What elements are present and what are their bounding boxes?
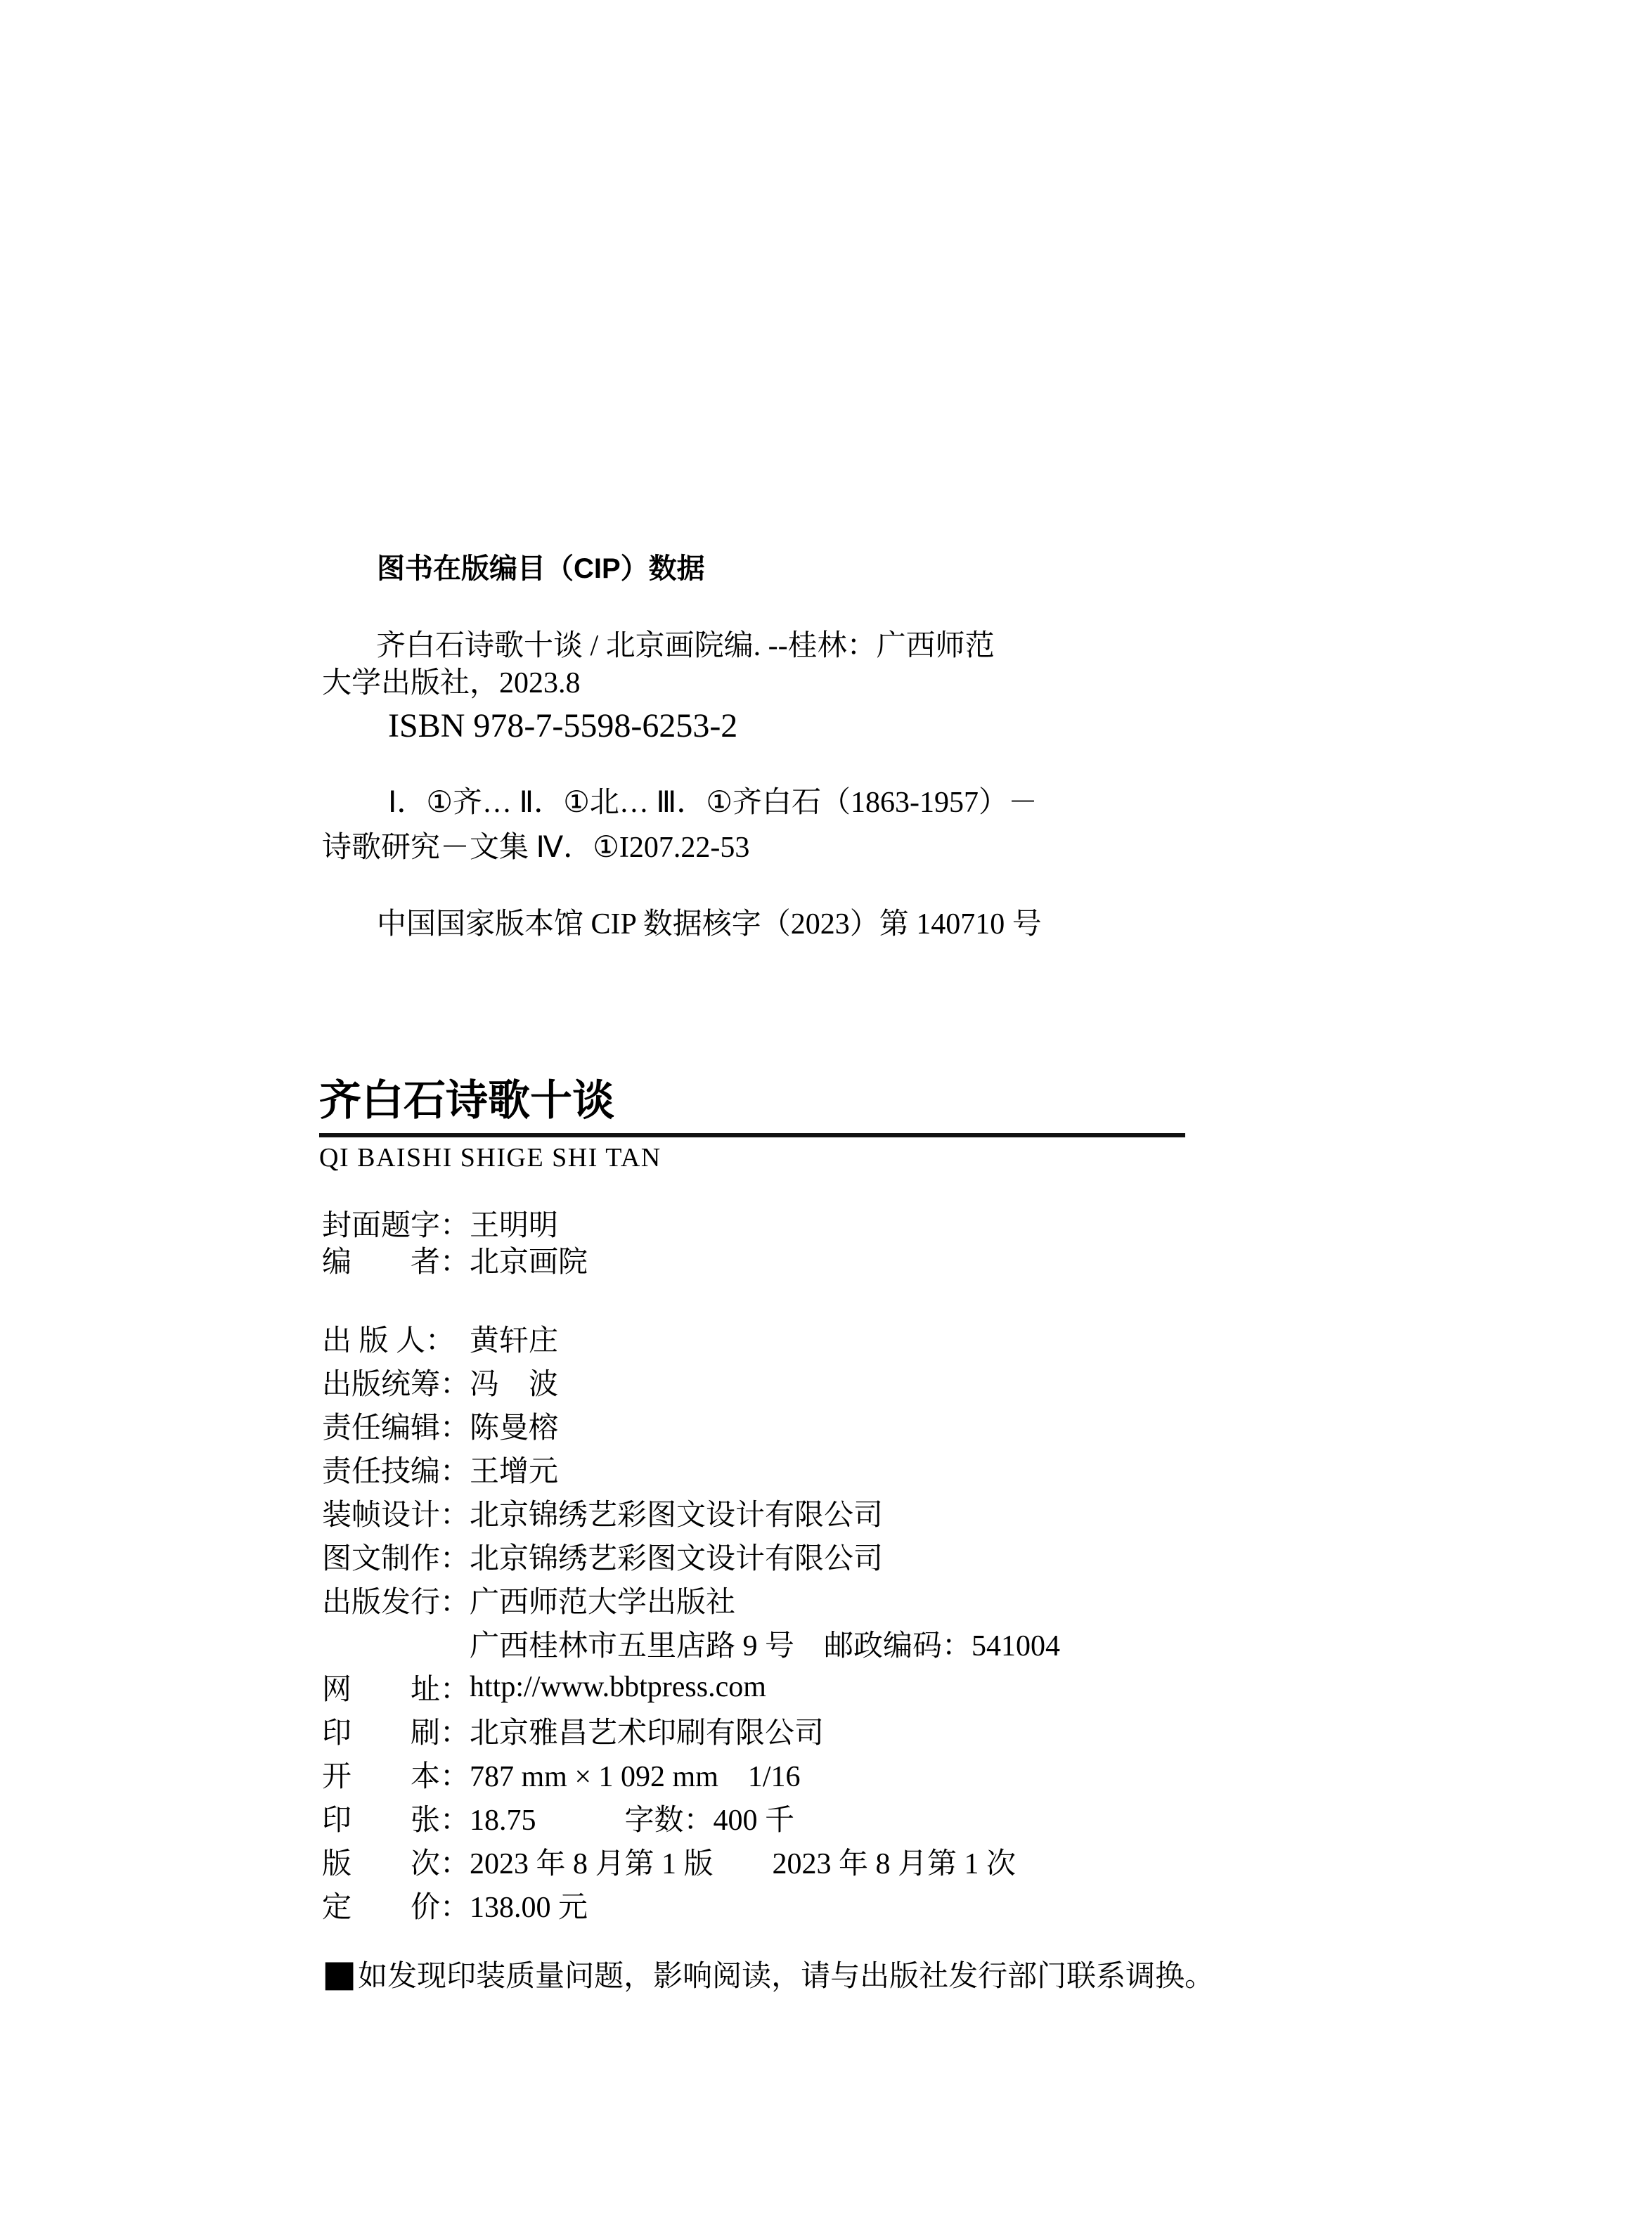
- field-value: 广西桂林市五里店路 9 号 邮政编码：541004: [470, 1622, 1060, 1665]
- publication-row-edition: 版 次： 2023 年 8 月第 1 版 2023 年 8 月第 1 次: [322, 1840, 1060, 1883]
- field-label: 开 本：: [322, 1753, 470, 1795]
- field-label: 责任编辑：: [322, 1404, 470, 1447]
- publication-row-address: 广西桂林市五里店路 9 号 邮政编码：541004: [322, 1622, 1060, 1665]
- field-label: 定 价：: [322, 1884, 470, 1926]
- field-label: 图文制作：: [322, 1535, 470, 1577]
- field-value: 广西师范大学出版社: [470, 1579, 735, 1621]
- cip-classification-line-2: 诗歌研究－文集 Ⅳ．①I207.22-53: [322, 832, 749, 864]
- publication-row-printer: 印 刷： 北京雅昌艺术印刷有限公司: [322, 1709, 1060, 1752]
- publication-row-binding-design: 装帧设计： 北京锦绣艺彩图文设计有限公司: [322, 1491, 1060, 1535]
- field-value: 2023 年 8 月第 1 版 2023 年 8 月第 1 次: [470, 1840, 1016, 1883]
- copyright-page: 图书在版编目（CIP）数据 齐白石诗歌十谈 / 北京画院编. --桂林：广西师范…: [0, 0, 1652, 2215]
- field-label: 出 版 人：: [322, 1317, 470, 1360]
- publication-row-sheets-wordcount: 印 张： 18.75 字数：400 千: [322, 1796, 1060, 1840]
- cip-description-line-1: 齐白石诗歌十谈 / 北京画院编. --桂林：广西师范: [376, 630, 995, 662]
- publication-row-publisher-person: 出 版 人： 黄轩庄: [322, 1317, 1060, 1360]
- publication-row-format: 开 本： 787 mm × 1 092 mm 1/16: [322, 1752, 1060, 1796]
- field-value: 18.75 字数：400 千: [470, 1797, 794, 1839]
- credit-label: 封面题字：: [322, 1202, 470, 1244]
- publication-row-technical-editor: 责任技编： 王增元: [322, 1447, 1060, 1491]
- field-value: 北京锦绣艺彩图文设计有限公司: [470, 1492, 883, 1534]
- cip-heading: 图书在版编目（CIP）数据: [377, 553, 705, 584]
- publication-row-publisher: 出版发行： 广西师范大学出版社: [322, 1578, 1060, 1622]
- credit-label: 编 者：: [322, 1239, 470, 1281]
- field-value: 黄轩庄: [470, 1317, 558, 1360]
- credits-list: 封面题字： 王明明 编 者： 北京画院: [322, 1205, 588, 1278]
- field-value: 138.00 元: [470, 1884, 588, 1926]
- publication-row-editor: 责任编辑： 陈曼榕: [322, 1404, 1060, 1447]
- quality-notice-text: 如发现印装质量问题，影响阅读，请与出版社发行部门联系调换。: [358, 1953, 1214, 1995]
- title-underline-rule: [319, 1133, 1185, 1137]
- isbn-line: ISBN 978-7-5598-6253-2: [388, 708, 737, 745]
- quality-notice: ■如发现印装质量问题，影响阅读，请与出版社发行部门联系调换。: [322, 1958, 1214, 1989]
- field-label: 印 张：: [322, 1797, 470, 1839]
- field-value: http://www.bbtpress.com: [470, 1670, 766, 1704]
- field-label: 版 次：: [322, 1840, 470, 1883]
- field-value: 北京锦绣艺彩图文设计有限公司: [470, 1535, 883, 1577]
- credit-row: 封面题字： 王明明: [322, 1205, 588, 1241]
- field-label: 印 刷：: [322, 1710, 470, 1752]
- publication-row-layout-production: 图文制作： 北京锦绣艺彩图文设计有限公司: [322, 1535, 1060, 1578]
- publication-row-coordinator: 出版统筹： 冯 波: [322, 1360, 1060, 1404]
- cip-classification-line-1: Ⅰ．①齐… Ⅱ．①北… Ⅲ．①齐白石（1863-1957）－: [388, 787, 1038, 819]
- credit-row: 编 者： 北京画院: [322, 1241, 588, 1278]
- publication-row-website: 网 址： http://www.bbtpress.com: [322, 1665, 1060, 1709]
- publication-row-price: 定 价： 138.00 元: [322, 1883, 1060, 1927]
- credit-value: 王明明: [470, 1202, 558, 1244]
- field-label: 装帧设计：: [322, 1492, 470, 1534]
- field-value: 冯 波: [470, 1361, 558, 1403]
- field-value: 陈曼榕: [470, 1404, 558, 1447]
- field-label: 责任技编：: [322, 1448, 470, 1490]
- book-title: 齐白石诗歌十谈: [319, 1080, 614, 1122]
- field-value: 北京雅昌艺术印刷有限公司: [470, 1710, 824, 1752]
- book-title-pinyin: QI BAISHI SHIGE SHI TAN: [319, 1144, 662, 1173]
- cip-description-line-2: 大学出版社，2023.8: [322, 667, 581, 699]
- credit-value: 北京画院: [470, 1239, 588, 1281]
- field-label: 网 址：: [322, 1666, 470, 1708]
- field-label: 出版统筹：: [322, 1361, 470, 1403]
- field-value: 787 mm × 1 092 mm 1/16: [470, 1753, 801, 1795]
- field-label: 出版发行：: [322, 1579, 470, 1621]
- publication-list: 出 版 人： 黄轩庄 出版统筹： 冯 波 责任编辑： 陈曼榕 责任技编： 王增元…: [322, 1317, 1060, 1927]
- cip-record-line: 中国国家版本馆 CIP 数据核字（2023）第 140710 号: [377, 908, 1042, 941]
- field-value: 王增元: [470, 1448, 558, 1490]
- black-square-bullet: ■: [322, 1956, 356, 1992]
